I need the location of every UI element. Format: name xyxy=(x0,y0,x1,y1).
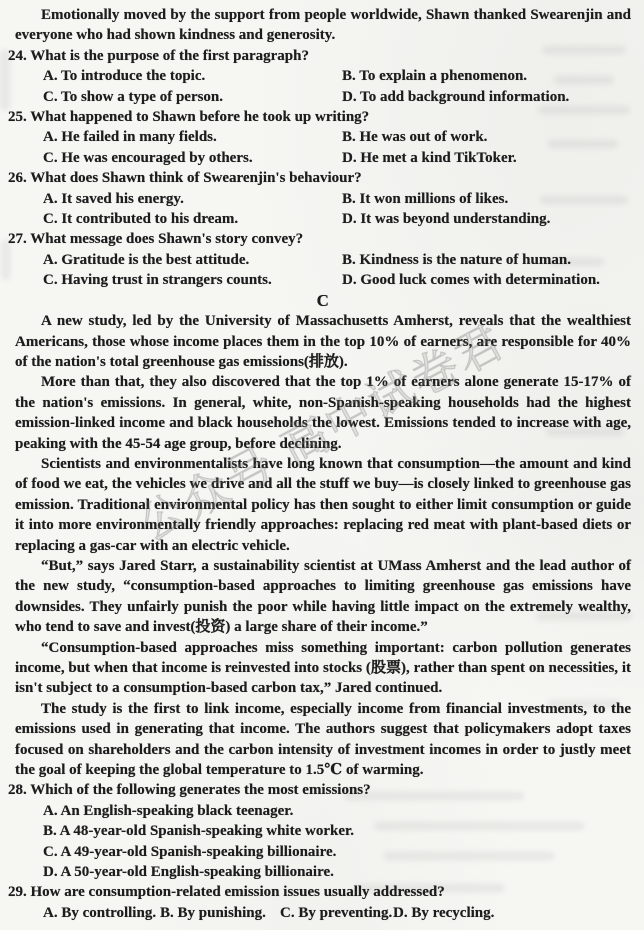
option-row: A. To introduce the topic. B. To explain… xyxy=(15,66,631,86)
question-26: 26. What does Shawn think of Swearenjin'… xyxy=(15,168,631,229)
exam-page-scan: 公众号 高中试卷君 Emotionally moved by the suppo… xyxy=(0,0,644,930)
option-a: A. It saved his energy. xyxy=(43,189,342,209)
question-28: 28. Which of the following generates the… xyxy=(15,780,631,882)
option-b: B. By punishing. xyxy=(160,903,280,923)
option-d: D. Good luck comes with determination. xyxy=(342,270,631,290)
option-c: C. It contributed to his dream. xyxy=(43,209,342,229)
option-d: D. To add background information. xyxy=(342,87,631,107)
option-b: B. It won millions of likes. xyxy=(342,189,631,209)
passage-c-paragraph-3: Scientists and environmentalists have lo… xyxy=(15,454,631,556)
option-c: C. By preventing. xyxy=(280,903,393,923)
passage-c-paragraph-2: More than that, they also discovered tha… xyxy=(15,372,631,454)
option-d: D. He met a kind TikToker. xyxy=(342,148,631,168)
passage-b-conclusion: Emotionally moved by the support from pe… xyxy=(15,5,631,46)
option-d: D. A 50-year-old English-speaking billio… xyxy=(15,862,631,882)
option-a: A. To introduce the topic. xyxy=(43,66,342,86)
option-row: A. By controlling. B. By punishing. C. B… xyxy=(15,903,631,923)
passage-c-paragraph-6: The study is the first to link income, e… xyxy=(15,699,631,781)
option-row: A. Gratitude is the best attitude. B. Ki… xyxy=(15,250,631,270)
question-stem: 26. What does Shawn think of Swearenjin'… xyxy=(8,168,631,188)
option-row: C. He was encouraged by others. D. He me… xyxy=(15,148,631,168)
option-row: A. It saved his energy. B. It won millio… xyxy=(15,189,631,209)
option-c: C. A 49-year-old Spanish-speaking billio… xyxy=(15,842,631,862)
option-c: C. Having trust in strangers counts. xyxy=(43,270,342,290)
option-b: B. A 48-year-old Spanish-speaking white … xyxy=(15,821,631,841)
option-a: A. Gratitude is the best attitude. xyxy=(43,250,342,270)
question-29: 29. How are consumption-related emission… xyxy=(15,882,631,923)
option-row: C. To show a type of person. D. To add b… xyxy=(15,87,631,107)
option-c: C. He was encouraged by others. xyxy=(43,148,342,168)
passage-c-paragraph-4: “But,” says Jared Starr, a sustainabilit… xyxy=(15,556,631,638)
question-stem: 28. Which of the following generates the… xyxy=(8,780,631,800)
question-stem: 29. How are consumption-related emission… xyxy=(8,882,631,902)
question-stem: 25. What happened to Shawn before he too… xyxy=(8,107,631,127)
option-b: B. Kindness is the nature of human. xyxy=(342,250,631,270)
question-27: 27. What message does Shawn's story conv… xyxy=(15,229,631,290)
option-d: D. By recycling. xyxy=(393,903,631,923)
option-b: B. To explain a phenomenon. xyxy=(342,66,631,86)
question-25: 25. What happened to Shawn before he too… xyxy=(15,107,631,168)
option-c: C. To show a type of person. xyxy=(43,87,342,107)
option-a: A. He failed in many fields. xyxy=(43,127,342,147)
option-a: A. An English-speaking black teenager. xyxy=(15,801,631,821)
option-row: C. Having trust in strangers counts. D. … xyxy=(15,270,631,290)
passage-c-paragraph-5: “Consumption-based approaches miss somet… xyxy=(15,638,631,699)
question-24: 24. What is the purpose of the first par… xyxy=(15,46,631,107)
section-c-header: C xyxy=(15,291,631,311)
option-row: C. It contributed to his dream. D. It wa… xyxy=(15,209,631,229)
option-b: B. He was out of work. xyxy=(342,127,631,147)
option-a: A. By controlling. xyxy=(43,903,160,923)
question-stem: 27. What message does Shawn's story conv… xyxy=(8,229,631,249)
option-row: A. He failed in many fields. B. He was o… xyxy=(15,127,631,147)
question-stem: 24. What is the purpose of the first par… xyxy=(8,46,631,66)
page-content: Emotionally moved by the support from pe… xyxy=(15,5,631,923)
option-d: D. It was beyond understanding. xyxy=(342,209,631,229)
passage-c-paragraph-1: A new study, led by the University of Ma… xyxy=(15,311,631,372)
